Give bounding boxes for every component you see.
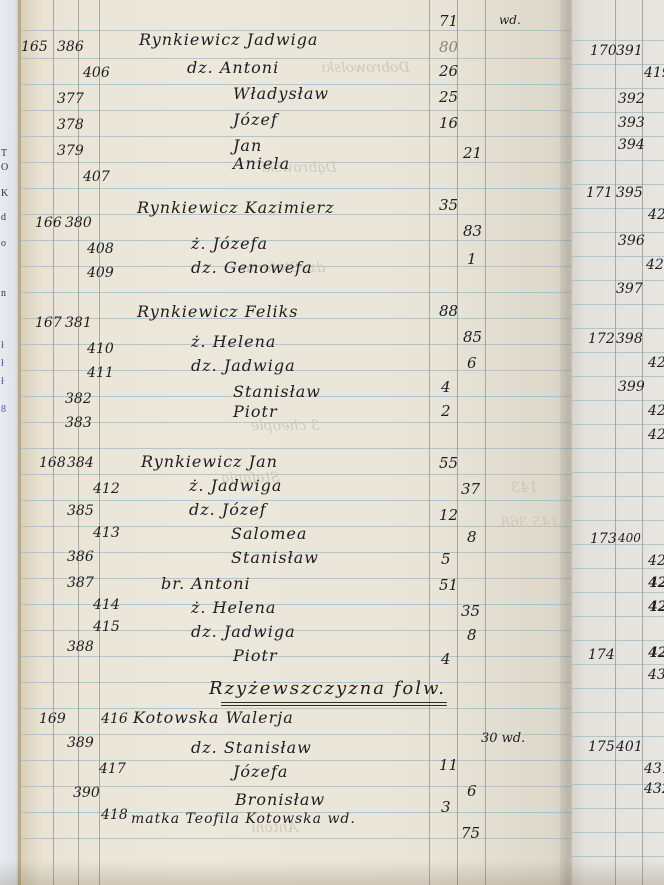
person-name: matka Teofila Kotowska wd.: [131, 812, 356, 826]
person-name: Władysław: [233, 86, 329, 102]
age-cell: 51: [439, 578, 458, 593]
age-cell: 83: [463, 224, 482, 239]
age-cell: 16: [439, 116, 458, 131]
person-name: Piotr: [233, 648, 278, 664]
person-number-female: 407: [83, 170, 110, 184]
card-fragment: d: [1, 212, 6, 223]
card-fragment: K: [1, 188, 8, 199]
card-fragment-blue: ł: [1, 358, 4, 369]
person-number-female: 410: [87, 342, 114, 356]
age-cell: 25: [439, 90, 458, 105]
person-name: br. Antoni: [161, 576, 251, 592]
person-number-female: 412: [93, 482, 120, 496]
house-number: 171: [586, 186, 613, 200]
person-number-female: 411: [87, 366, 114, 380]
person-name: Piotr: [233, 404, 278, 420]
ledger-right-page: 170 391 419 392 393 394 171 395 420 396 …: [572, 0, 664, 885]
person-number-female: 43: [648, 668, 664, 682]
person-number-female: 42: [648, 356, 664, 370]
ledger-left-page: Dobrowolski Dąbrowski dz. Stefania 3 che…: [18, 0, 578, 885]
person-name: Rynkiewicz Feliks: [137, 304, 299, 320]
page-bottom-shadow: [0, 860, 664, 885]
age-cell: 26: [439, 64, 458, 79]
person-number-female: 413: [93, 526, 120, 540]
person-name: dz. Józef: [189, 502, 267, 518]
age-cell: 11: [439, 758, 458, 773]
person-number: 382: [65, 392, 92, 406]
person-number-female: 415: [93, 620, 120, 634]
person-number: 389: [67, 736, 94, 750]
person-number: 390: [73, 786, 100, 800]
age-cell: 37: [461, 482, 480, 497]
person-number: 385: [67, 504, 94, 518]
person-number-female: 42: [648, 646, 664, 660]
age-cell: 75: [461, 826, 480, 841]
card-fragment: O: [1, 162, 8, 173]
age-cell: 71: [439, 14, 458, 29]
person-name: Kotowska Walerja: [133, 710, 294, 726]
person-number-female: 416: [101, 712, 128, 726]
card-fragment-blue: ł: [1, 340, 4, 351]
age-cell: 1: [467, 252, 477, 267]
house-number: 170: [590, 44, 617, 58]
person-name: Aniela: [233, 156, 290, 172]
age-cell: 5: [441, 552, 451, 567]
card-fragment-blue: ł: [1, 376, 4, 387]
age-cell: 35: [439, 198, 458, 213]
section-header: Rzyżewszczyzna folw.: [209, 680, 446, 698]
person-name: Bronisław: [235, 792, 325, 808]
age-cell: 21: [463, 146, 482, 161]
person-number: 383: [65, 416, 92, 430]
person-number: 386: [67, 550, 94, 564]
person-name: Rynkiewicz Jadwiga: [139, 32, 318, 48]
person-number-female: 421: [646, 258, 664, 272]
age-cell: 35: [461, 604, 480, 619]
house-number: 167: [35, 316, 62, 330]
person-number: 391: [616, 44, 643, 58]
person-number: 401: [616, 740, 643, 754]
person-number: 393: [618, 116, 645, 130]
house-number: 166: [35, 216, 62, 230]
age-cell: 80: [439, 40, 458, 55]
person-number-female: 414: [93, 598, 120, 612]
house-number: 174: [588, 648, 615, 662]
age-cell: 8: [467, 628, 477, 643]
house-number: 165: [21, 40, 48, 54]
person-number: 397: [616, 282, 643, 296]
person-number-female: 409: [87, 266, 114, 280]
person-name: dz. Stanisław: [191, 740, 312, 756]
person-name: ż. Jadwiga: [189, 478, 282, 494]
person-name: Stanisław: [233, 384, 321, 400]
person-number: 392: [618, 92, 645, 106]
house-number: 173: [590, 532, 617, 546]
person-number-female: 42: [648, 554, 664, 568]
person-number-female: 406: [83, 66, 110, 80]
person-number-female: 42: [648, 600, 664, 614]
card-fragment: n: [1, 288, 6, 299]
person-name: dz. Jadwiga: [191, 624, 296, 640]
status-cell: wd.: [499, 14, 521, 26]
age-cell: 8: [467, 530, 477, 545]
age-cell: 30 wd.: [481, 732, 525, 745]
person-number-female: 408: [87, 242, 114, 256]
person-name: ż. Helena: [191, 600, 276, 616]
person-number: 381: [65, 316, 92, 330]
age-cell: 4: [441, 380, 451, 395]
person-number-female: 432: [644, 782, 664, 796]
person-number: 387: [67, 576, 94, 590]
person-number: 380: [65, 216, 92, 230]
person-number-female: 42: [648, 404, 664, 418]
person-number-female: 417: [99, 762, 126, 776]
person-number: 377: [57, 92, 84, 106]
person-number: 386: [57, 40, 84, 54]
person-number: 388: [67, 640, 94, 654]
person-number: 384: [67, 456, 94, 470]
person-number-female: 418: [101, 808, 128, 822]
person-name: Salomea: [231, 526, 307, 542]
card-fragment-blue: 8: [1, 404, 6, 415]
age-cell: 6: [467, 784, 477, 799]
age-cell: 6: [467, 356, 477, 371]
age-cell: 85: [463, 330, 482, 345]
person-number-female: 419: [644, 66, 664, 80]
person-number: 399: [618, 380, 645, 394]
person-number: 394: [618, 138, 645, 152]
person-name: Józef: [233, 112, 278, 128]
house-number: 172: [588, 332, 615, 346]
person-number: 400: [618, 532, 641, 544]
section-header-underline: [221, 702, 447, 706]
person-name: dz. Antoni: [187, 60, 279, 76]
person-number: 379: [57, 144, 84, 158]
age-cell: 3: [441, 800, 451, 815]
person-number: 378: [57, 118, 84, 132]
person-name: Rynkiewicz Jan: [141, 454, 278, 470]
house-number: 169: [39, 712, 66, 726]
person-name: ż. Józefa: [191, 236, 268, 252]
card-fragment: T: [1, 148, 7, 159]
person-name: dz. Jadwiga: [191, 358, 296, 374]
person-number-female: 431: [644, 762, 664, 776]
person-name: ż. Helena: [191, 334, 276, 350]
person-number-female: 42: [648, 428, 664, 442]
age-cell: 12: [439, 508, 458, 523]
person-name: Józefa: [233, 764, 288, 780]
person-name: Stanisław: [231, 550, 319, 566]
person-number: 396: [618, 234, 645, 248]
age-cell: 2: [441, 404, 451, 419]
person-number: 398: [616, 332, 643, 346]
house-number: 175: [588, 740, 615, 754]
house-number: 168: [39, 456, 66, 470]
person-number-female: 420: [648, 208, 664, 222]
person-name: Jan: [233, 138, 262, 154]
age-cell: 88: [439, 304, 458, 319]
person-name: dz. Genowefa: [191, 260, 313, 276]
card-fragment: o: [1, 238, 6, 249]
person-number: 395: [616, 186, 643, 200]
person-name: Rynkiewicz Kazimierz: [137, 200, 335, 216]
age-cell: 4: [441, 652, 451, 667]
person-number-female: 42: [648, 576, 664, 590]
age-cell: 55: [439, 456, 458, 471]
